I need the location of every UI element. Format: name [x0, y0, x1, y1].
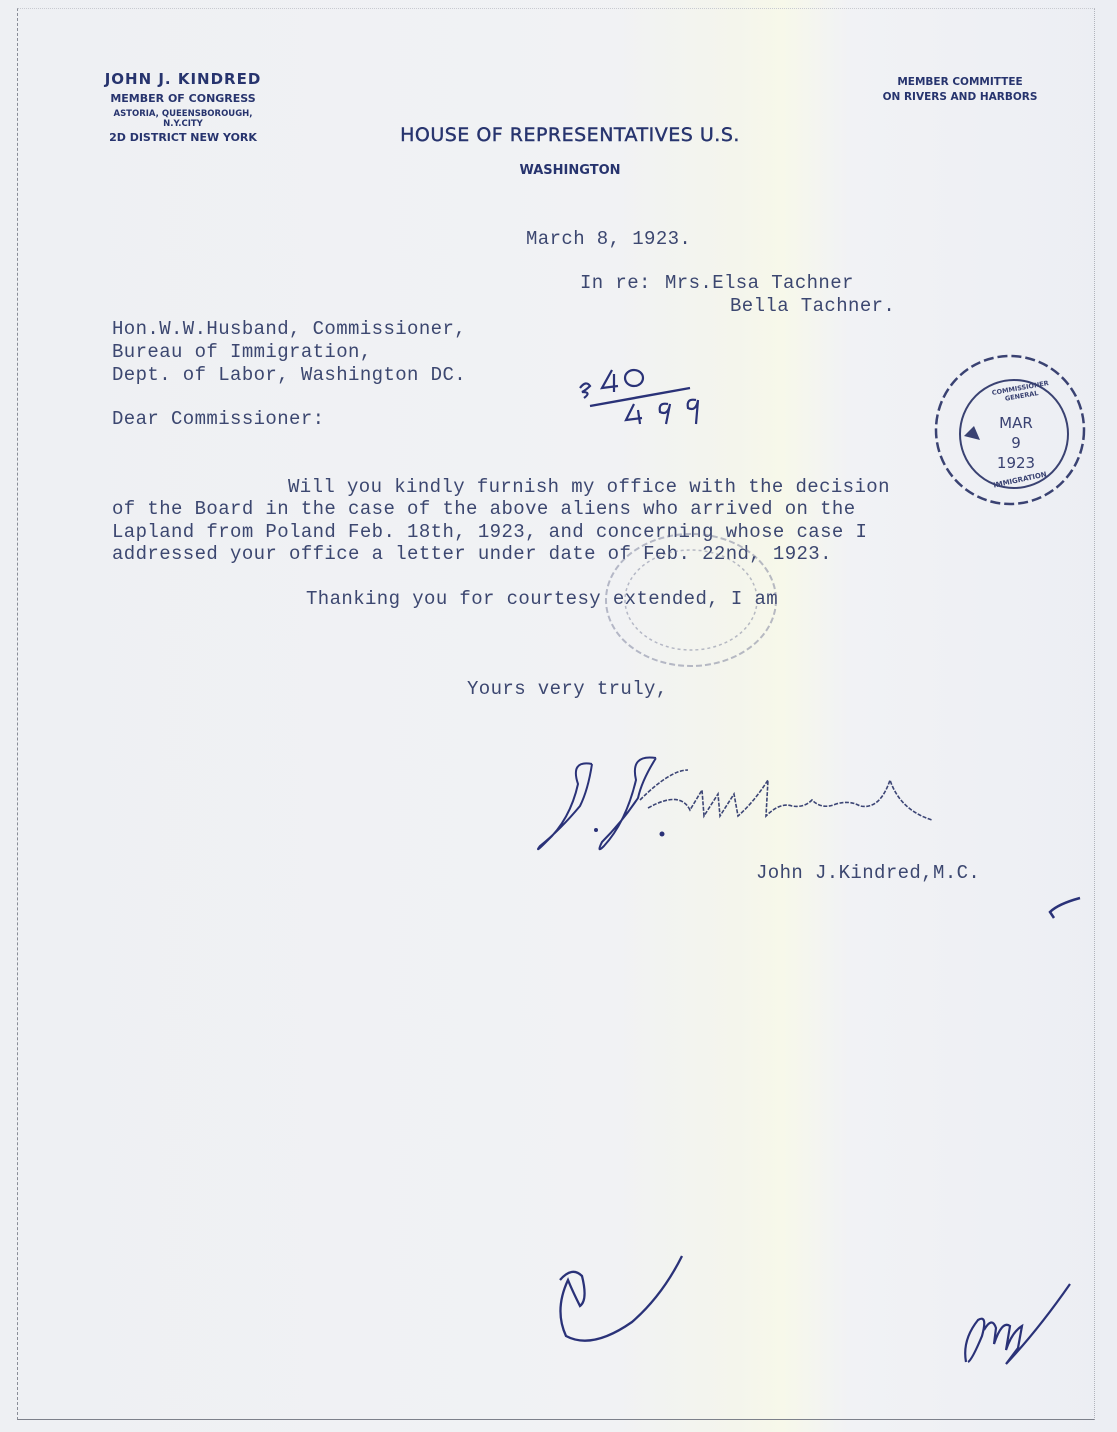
district: 2D DISTRICT NEW YORK	[70, 131, 296, 144]
letterhead-right: MEMBER COMMITTEE ON RIVERS AND HARBORS	[850, 76, 1070, 103]
salutation: Dear Commissioner:	[112, 408, 324, 430]
file-number-strokes	[572, 358, 722, 428]
signature-strokes	[530, 750, 980, 860]
congressman-name: JOHN J. KINDRED	[70, 70, 296, 88]
in-re-label: In re:	[580, 272, 651, 294]
page-border	[17, 8, 1095, 1420]
initials-strokes	[958, 1270, 1078, 1370]
committee-line1: MEMBER COMMITTEE	[850, 76, 1070, 88]
address-line1: ASTORIA, QUEENSBOROUGH,	[70, 109, 296, 119]
closing: Yours very truly,	[467, 678, 668, 700]
faint-stamp	[596, 528, 786, 678]
bottom-left-pen-mark	[552, 1250, 692, 1350]
handwritten-signature	[530, 750, 980, 860]
document-page: JOHN J. KINDRED MEMBER OF CONGRESS ASTOR…	[0, 0, 1117, 1432]
faint-stamp-rings	[596, 528, 786, 678]
recipient-line2: Bureau of Immigration,	[112, 341, 372, 363]
check-mark-stroke	[1044, 894, 1084, 922]
stamp-month: MAR	[986, 414, 1046, 432]
file-number-annotation	[572, 358, 722, 428]
recipient-line3: Dept. of Labor, Washington DC.	[112, 364, 466, 386]
in-re-line1: Mrs.Elsa Tachner	[665, 272, 854, 294]
in-re-line2: Bella Tachner.	[730, 295, 895, 317]
pen-loop-stroke	[552, 1250, 692, 1350]
address-line2: N.Y.CITY	[70, 119, 296, 129]
recipient-line1: Hon.W.W.Husband, Commissioner,	[112, 318, 466, 340]
stamp-day: 9	[986, 434, 1046, 452]
washington-label: WASHINGTON	[350, 163, 790, 178]
stamp-year: 1923	[986, 454, 1046, 472]
check-mark	[1044, 894, 1084, 922]
letterhead-left: JOHN J. KINDRED MEMBER OF CONGRESS ASTOR…	[70, 70, 296, 144]
congressman-title: MEMBER OF CONGRESS	[70, 92, 296, 105]
received-date-stamp: COMMISSIONER GENERAL MAR 9 1923 IMMIGRAT…	[930, 350, 1090, 510]
body-line2: of the Board in the case of the above al…	[112, 498, 856, 520]
letterhead-center: HOUSE OF REPRESENTATIVES U.S. WASHINGTON	[350, 124, 790, 178]
bottom-right-initials	[958, 1270, 1078, 1370]
body-line1: Will you kindly furnish my office with t…	[288, 476, 890, 498]
committee-line2: ON RIVERS AND HARBORS	[850, 91, 1070, 103]
house-title: HOUSE OF REPRESENTATIVES U.S.	[350, 124, 790, 146]
letter-date: March 8, 1923.	[526, 228, 691, 250]
typed-signature-name: John J.Kindred,M.C.	[756, 862, 980, 884]
